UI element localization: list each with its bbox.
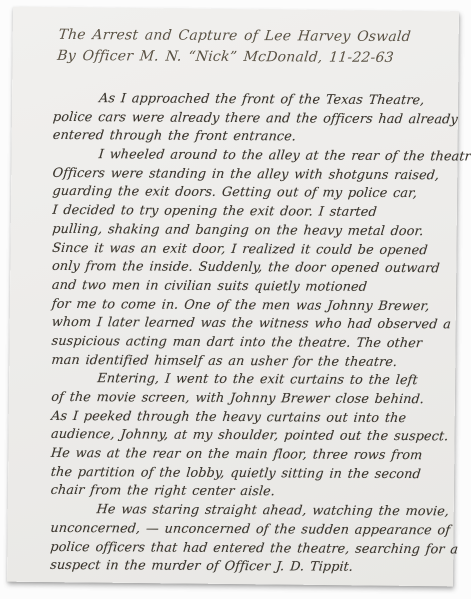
handwritten-line: of the movie screen, with Johnny Brewer … [50, 389, 447, 410]
photo-background: The Arrest and Capture of Lee Harvey Osw… [0, 0, 471, 599]
handwritten-line: I wheeled around to the alley at the rea… [52, 146, 449, 167]
document-title-line-1: The Arrest and Capture of Lee Harvey Osw… [11, 25, 459, 49]
handwritten-line: He was at the rear on the main floor, th… [50, 445, 447, 466]
handwritten-lines: As I approached the front of the Texas T… [49, 90, 447, 578]
handwritten-line: suspect in the murder of Officer J. D. T… [49, 557, 446, 578]
handwritten-page: The Arrest and Capture of Lee Harvey Osw… [7, 7, 459, 587]
handwritten-line: whom I later learned was the witness who… [51, 314, 448, 335]
handwritten-line: guarding the exit doors. Getting out of … [52, 183, 449, 204]
handwritten-line: I decided to try opening the exit door. … [51, 202, 448, 223]
handwritten-line: entered through the front entrance. [52, 127, 449, 148]
handwritten-line: suspicious acting man dart into the thea… [51, 333, 448, 354]
document-title: The Arrest and Capture of Lee Harvey Osw… [11, 25, 457, 70]
document-title-line-2: By Officer M. N. “Nick” McDonald, 11-22-… [1, 46, 449, 70]
handwritten-line: unconcerned, — unconcerned of the sudden… [50, 520, 447, 541]
handwritten-line: and two men in civilian suits quietly mo… [51, 277, 448, 298]
page-content: The Arrest and Capture of Lee Harvey Osw… [8, 8, 458, 586]
handwritten-line: Entering, I went to the exit curtains to… [50, 370, 447, 391]
handwritten-line: He was staring straight ahead, watching … [50, 501, 447, 522]
handwritten-line: pulling, shaking and banging on the heav… [51, 221, 448, 242]
handwritten-line: only from the inside. Suddenly, the door… [51, 258, 448, 279]
handwritten-line: audience, Johnny, at my shoulder, pointe… [50, 426, 447, 447]
handwritten-line: As I approached the front of the Texas T… [52, 90, 449, 111]
